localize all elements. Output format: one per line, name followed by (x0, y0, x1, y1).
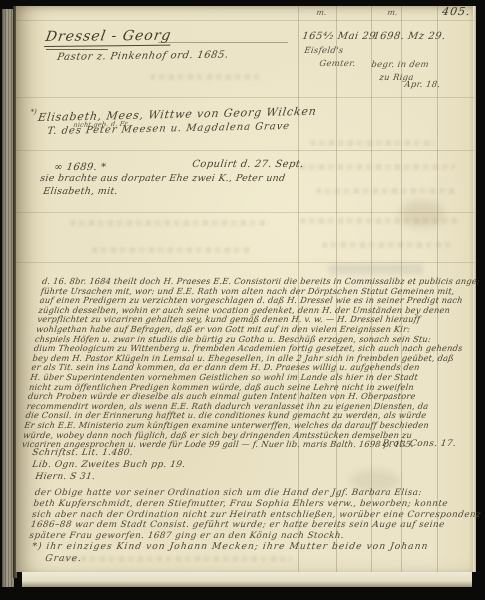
reference-hiern: Hiern. S 31. (35, 472, 96, 482)
page-right-edge (473, 6, 476, 572)
dowry-line-2: Elisabeth, mit. (42, 186, 118, 197)
footnote-ref-mark: *) (30, 108, 37, 116)
marriage-date: Copulirt d. 27. Sept. (191, 159, 304, 170)
paper-stain (400, 200, 444, 228)
top-mark-left: m. (316, 8, 327, 17)
birth-date: 165⁴⁄₂ Mai 29 (301, 31, 376, 42)
ordination-line: sich aber nach der Ordination nicht zur … (31, 510, 462, 521)
marriage-year: ∞ 1689. * (53, 162, 106, 173)
footnote-line-1: *) ihr einziges Kind von Johann Mecken; … (31, 541, 429, 552)
footnote-line-2: Grave. (44, 553, 82, 564)
entry-heading-name: Dressel - Georg (44, 28, 173, 47)
death-date: 1698. Mz 29. (372, 31, 446, 42)
top-mark-right: m. (387, 8, 398, 17)
page-number: 405. (441, 5, 471, 18)
show-through (300, 164, 455, 170)
show-through (310, 140, 435, 146)
death-note-2: Gemter. (319, 59, 357, 69)
show-through (62, 556, 292, 562)
death-note-1: Eisfeld's (304, 46, 344, 56)
burial-note-1: begr. in dem (371, 60, 430, 70)
show-through (150, 74, 260, 80)
reference-schriftst: Schriftst. Lit. 1.480. (32, 448, 134, 458)
body-paragraph: d. 16. 8br. 1684 theilt doch H. Praeses … (21, 277, 472, 450)
show-through (322, 242, 452, 248)
row-rule-2 (16, 97, 474, 98)
row-rule-1 (16, 20, 474, 21)
burial-note-3: Apr. 18. (404, 80, 441, 90)
manuscript-scan: m. m. 405. Dressel - Georg Pastor z. Pin… (0, 0, 485, 600)
heading-underline (46, 49, 108, 50)
underlying-pages-edge (22, 572, 472, 587)
protocol-reference: Prot. Cons. 17. (382, 439, 457, 449)
row-rule-3 (16, 150, 474, 151)
reference-lib: Lib. Ogn. Zweites Buch pp. 19. (32, 460, 187, 470)
show-through (316, 188, 456, 194)
ordination-paragraph: der Obige hatte vor seiner Ordination si… (29, 488, 466, 542)
show-through (92, 247, 252, 253)
show-through (70, 220, 270, 226)
ordination-line: beth Kupferschmidt, deren Stiefmutter, F… (33, 499, 464, 510)
ordination-line: 1686–88 war dem Stadt Consist. geführt w… (30, 520, 461, 531)
ordination-line: der Obige hatte vor seiner Ordination si… (34, 488, 465, 499)
ink-smear (328, 264, 423, 274)
heading-flourish-line (158, 42, 288, 43)
row-rule-5 (16, 262, 474, 263)
dowry-line-1: sie brachte aus dorpater Ehe zwei K., Pe… (39, 173, 286, 184)
